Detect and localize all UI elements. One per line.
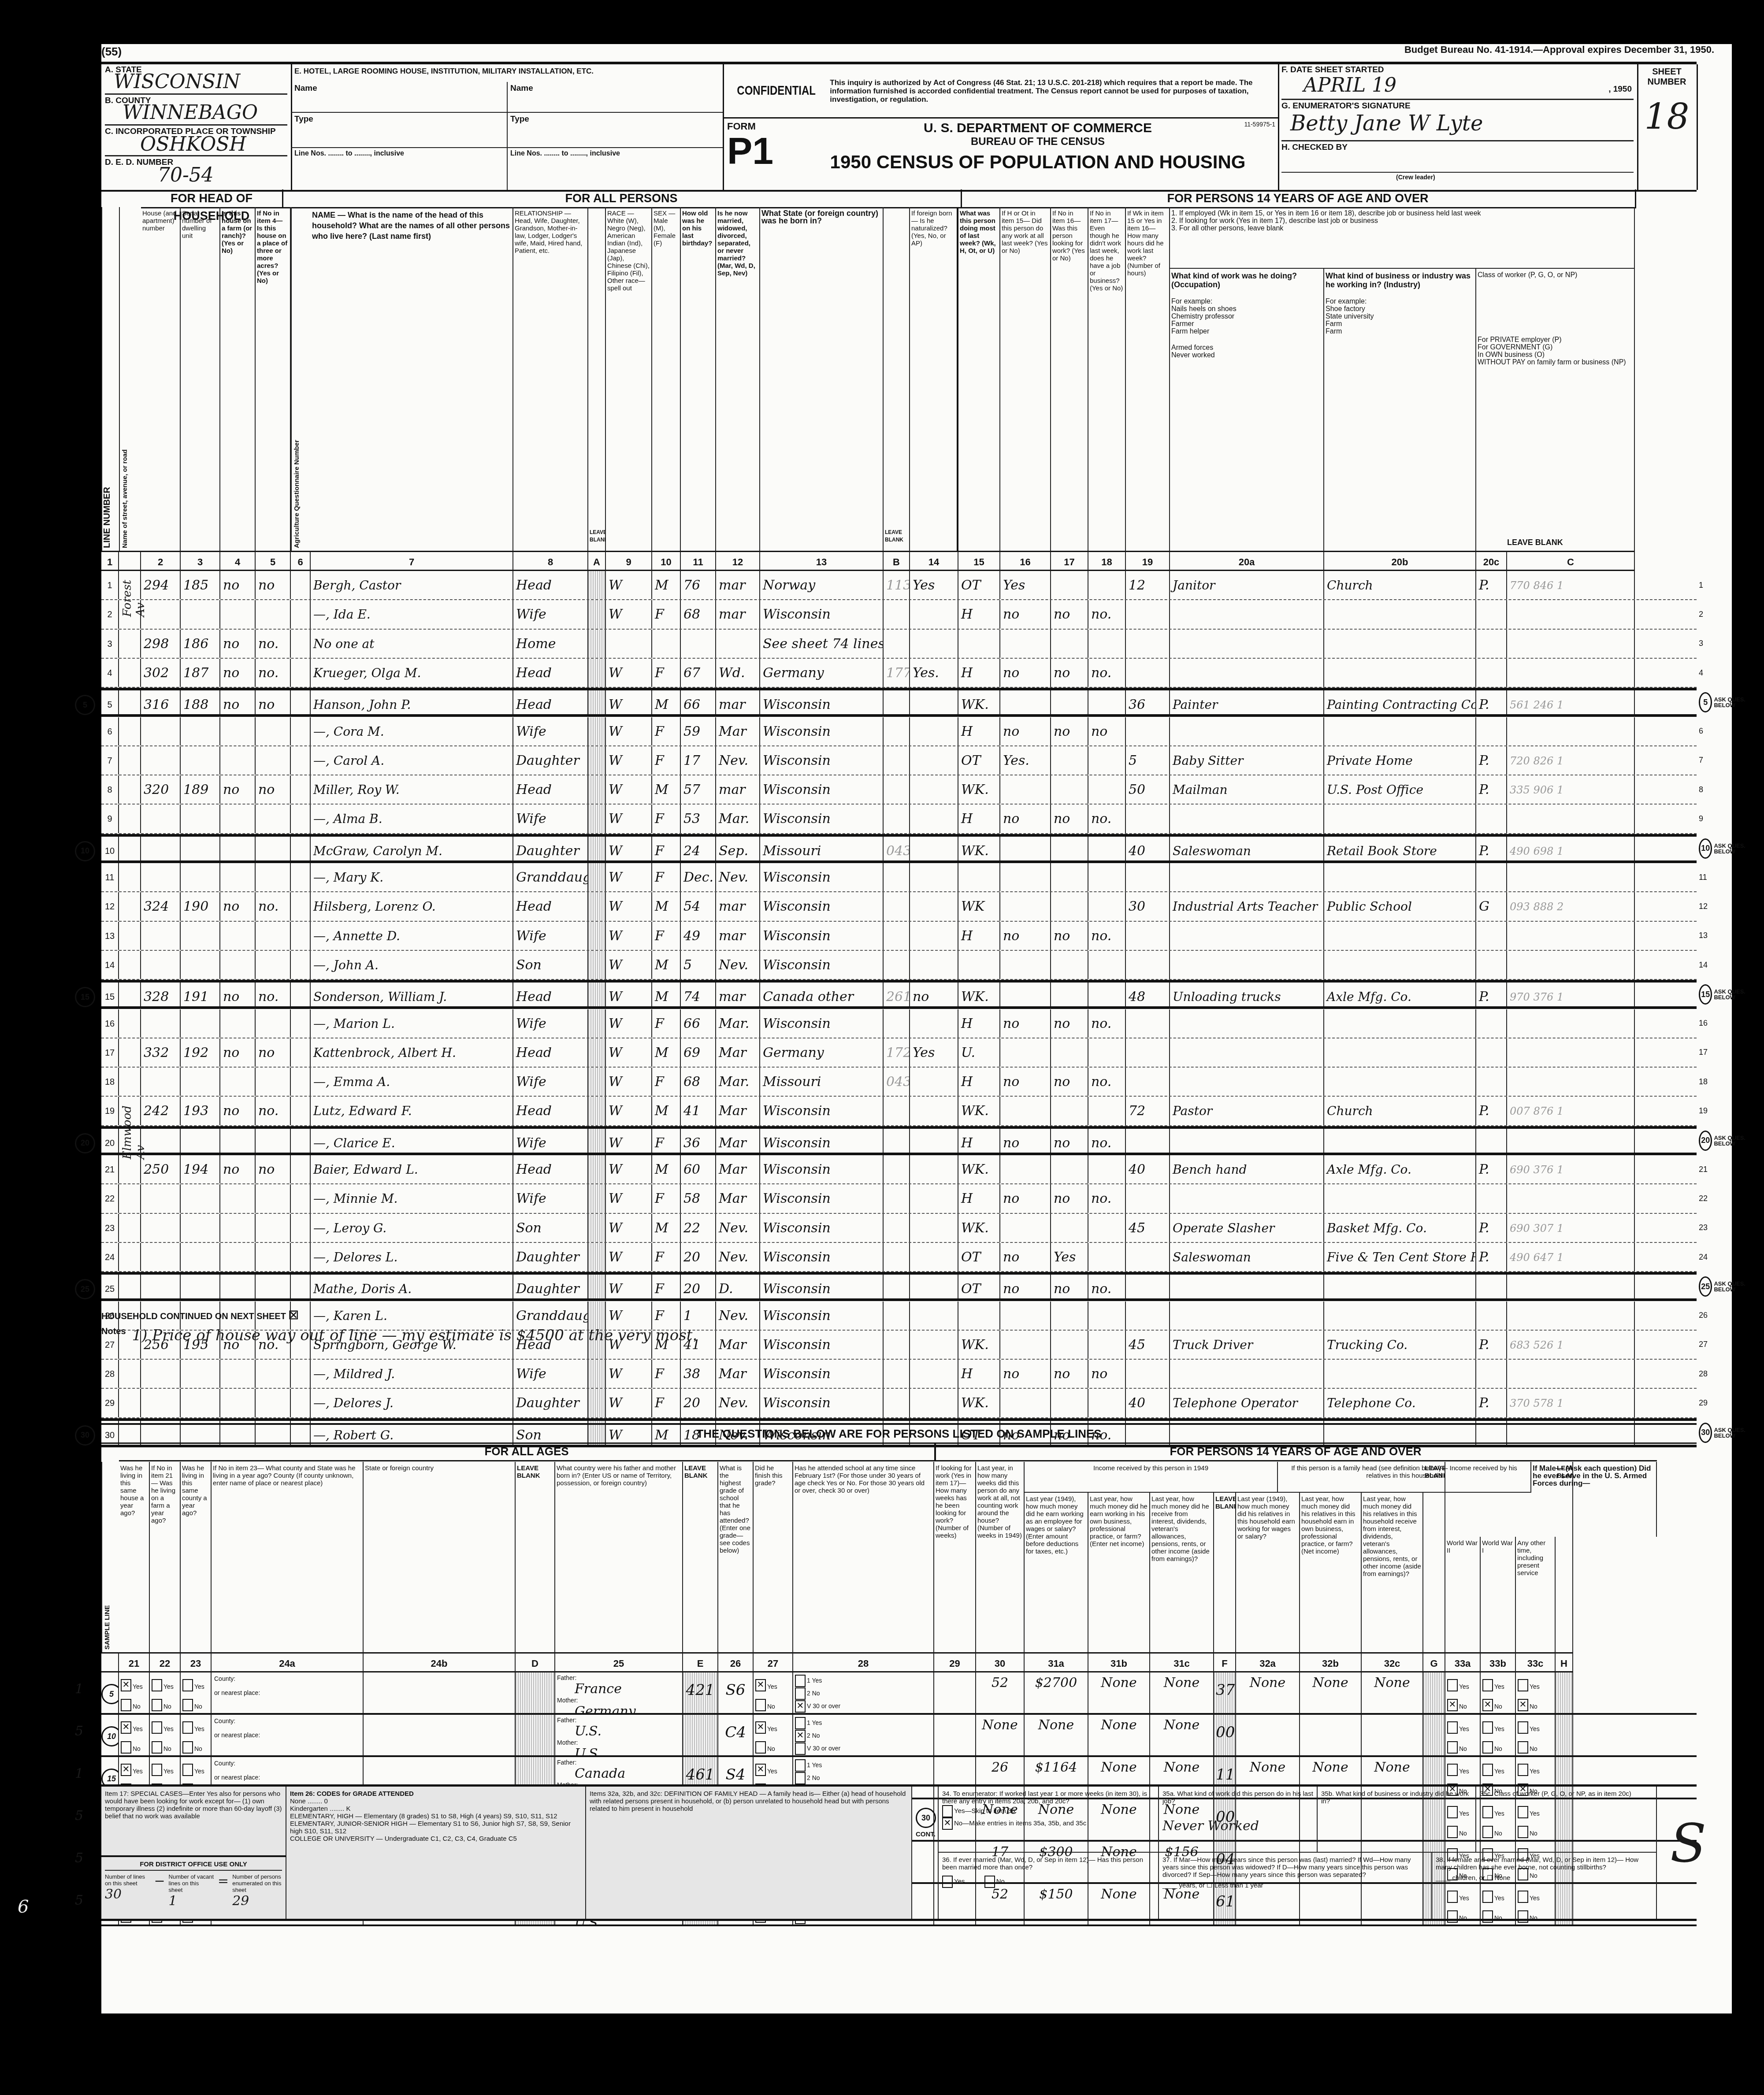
sample-cell-other: None [1150, 1715, 1214, 1755]
cell-aq [291, 1068, 311, 1096]
sample-cell-weeks_worked: 52 [976, 1672, 1025, 1713]
q23-no-checkbox[interactable] [182, 1741, 193, 1754]
cell-birth: Wisconsin [760, 1275, 884, 1298]
cell-age: 49 [681, 922, 716, 950]
sample-line-marker-left: 5 [75, 695, 95, 715]
sheet-header: a. STATE WISCONSIN b. COUNTY WINNEBAGO c… [101, 62, 1697, 192]
sample-cell-ww1: YesNo [1481, 1715, 1516, 1755]
cell-code [1507, 1129, 1635, 1153]
sample-cell-rel_own: None [1300, 1672, 1362, 1713]
cell-street [119, 690, 141, 714]
cell-nat [910, 1129, 958, 1153]
table-row: 24—, Delores L.DaughterWF20Nev.Wisconsin… [101, 1243, 1697, 1272]
q21-yes-checkbox[interactable]: ✕ [121, 1764, 131, 1776]
confidential-label: CONFIDENTIAL [737, 83, 816, 98]
cell-mar: mar [716, 922, 760, 950]
cell-acres: no [256, 1038, 291, 1067]
line-number: 14 [1699, 960, 1708, 970]
sample-cell-q22: YesNo [150, 1715, 181, 1755]
q22-no-checkbox[interactable] [152, 1699, 162, 1711]
ww1-yes-checkbox[interactable] [1482, 1764, 1493, 1776]
cell-name: Bergh, Castor [311, 571, 513, 599]
cell-nat: no [910, 983, 958, 1006]
cell-mar: Mar [716, 1155, 760, 1183]
ask-questions-label: ASK QUES. BELOW [1714, 989, 1747, 1000]
date-signature-box: f. DATE SHEET STARTED APRIL 19 , 1950 g.… [1278, 64, 1638, 190]
cell-name: Miller, Roy W. [311, 775, 513, 804]
cell-name: —, Clarice E. [311, 1129, 513, 1153]
cell-hours [1126, 1243, 1170, 1271]
school-yes-checkbox[interactable] [795, 1717, 806, 1729]
sample-cell-d [516, 1715, 555, 1755]
cell-nat [910, 1214, 958, 1242]
cell-rel: Head [513, 571, 588, 599]
cell-race: W [606, 746, 652, 775]
cell-sex: F [652, 600, 681, 628]
cell-q16 [1000, 1097, 1051, 1125]
line-number: 7 [1699, 756, 1703, 765]
ww2-no-checkbox[interactable] [1447, 1741, 1458, 1754]
cell-hours [1126, 1184, 1170, 1213]
cell-acres [256, 1243, 291, 1271]
cell-birth: Wisconsin [760, 1243, 884, 1271]
cell-act: WK [958, 892, 1000, 920]
cell-line: 7 [101, 746, 119, 775]
cell-q16: no [1000, 1275, 1051, 1298]
street-label-elmwood: Elmwood Av [121, 1105, 147, 1159]
q22-yes-checkbox[interactable] [152, 1679, 162, 1691]
finish-no-checkbox[interactable] [755, 1699, 766, 1711]
other_svc-yes-checkbox[interactable] [1518, 1764, 1528, 1776]
household-continued-checkbox[interactable]: ☒ [288, 1309, 298, 1322]
cell-serial [181, 922, 220, 950]
cell-q17 [1051, 951, 1088, 979]
cell-acres [256, 600, 291, 628]
line-number-right: 17 [1699, 1038, 1747, 1067]
cell-house [141, 951, 181, 979]
cell-nat: Yes [910, 571, 958, 599]
special-cases-note: Item 17: SPECIAL CASES—Enter Yes also fo… [101, 1787, 286, 1857]
cell-name: —, Cora M. [311, 717, 513, 745]
school-yes-checkbox[interactable] [795, 1675, 806, 1687]
q22-no-checkbox[interactable] [152, 1741, 162, 1754]
sample-questions: THE QUESTIONS BELOW ARE FOR PERSONS LIST… [101, 1423, 1697, 2013]
cell-street [119, 1155, 141, 1183]
cell-aq [291, 837, 311, 860]
cell-sex: M [652, 690, 681, 714]
q22-yes-checkbox[interactable] [152, 1721, 162, 1734]
cell-q18: no. [1088, 600, 1126, 628]
line-number-right: 25ASK QUES. BELOW [1699, 1275, 1747, 1298]
sample-col-num: 28 [793, 1652, 934, 1672]
ww1-no-checkbox[interactable]: ✕ [1482, 1699, 1493, 1711]
line-number-right: 28 [1699, 1360, 1747, 1388]
school-30-checkbox[interactable] [795, 1743, 806, 1755]
sample-col-num: 25 [555, 1652, 683, 1672]
cell-q18 [1088, 571, 1126, 599]
bureau: BUREAU OF THE CENSUS [802, 136, 1274, 148]
ask-questions-label: ASK QUES. BELOW [1714, 843, 1747, 854]
other_svc-yes-checkbox[interactable] [1518, 1721, 1528, 1734]
cell-occ [1170, 805, 1324, 833]
cell-aq [291, 1184, 311, 1213]
cell-occ: Saleswoman [1170, 837, 1324, 860]
cell-aq [291, 775, 311, 804]
col-head-10: SEX — Male (M), Female (F) [652, 207, 681, 551]
ww2-no-checkbox[interactable]: ✕ [1447, 1699, 1458, 1711]
sample-line-marker: 5 [1699, 692, 1712, 712]
cell-rel: Head [513, 892, 588, 920]
cell-a [588, 1038, 606, 1067]
notes-area: HOUSEHOLD CONTINUED ON NEXT SHEET ☒ Note… [101, 1309, 1697, 1410]
cell-sex: M [652, 951, 681, 979]
sample-col-head-E: LEAVE BLANK [683, 1462, 718, 1652]
cell-b [884, 922, 910, 950]
cell-farm [220, 951, 256, 979]
sample-col-num: 33c [1516, 1652, 1556, 1672]
cell-b [884, 746, 910, 775]
line-number-right: 29 [1699, 1389, 1747, 1417]
cell-serial: 191 [181, 983, 220, 1006]
cell-farm [220, 600, 256, 628]
line-number: 11 [1699, 873, 1707, 882]
cell-name: —, John A. [311, 951, 513, 979]
cell-ind [1324, 600, 1476, 628]
mother-birthplace: Germany [557, 1704, 680, 1713]
cell-age: 69 [681, 1038, 716, 1067]
sample-cell-finish: ✕YesNo [754, 1715, 793, 1755]
cell-serial [181, 600, 220, 628]
cell-street [119, 659, 141, 687]
cell-acres [256, 863, 291, 891]
cell-q16: no [1000, 717, 1051, 745]
cell-name: No one at [311, 630, 513, 658]
cell-line: 8 [101, 775, 119, 804]
cell-hours [1126, 1068, 1170, 1096]
sample-cell-blank [364, 1672, 516, 1713]
cell-acres [256, 951, 291, 979]
sample-cell-finish: ✕YesNo [754, 1672, 793, 1713]
ww2-yes-checkbox[interactable] [1447, 1721, 1458, 1734]
q21-no-checkbox[interactable] [121, 1741, 131, 1754]
cell-cls [1476, 1184, 1507, 1213]
q34-no-checkbox[interactable]: ✕ [942, 1817, 953, 1830]
q23-yes-checkbox[interactable] [182, 1679, 193, 1691]
cell-q17 [1051, 837, 1088, 860]
col-head-18: If No in item 17— Even though he didn't … [1088, 207, 1126, 551]
cell-age: 36 [681, 1129, 716, 1153]
cell-race: W [606, 1097, 652, 1125]
cell-q16 [1000, 892, 1051, 920]
cell-race: W [606, 1009, 652, 1038]
school-30-checkbox[interactable]: ✕ [795, 1700, 806, 1713]
cell-age: 74 [681, 983, 716, 1006]
ww2-yes-checkbox[interactable] [1447, 1764, 1458, 1776]
table-row: 18—, Emma A.WifeWF68Mar.Missouri043Hnono… [101, 1068, 1697, 1097]
cell-ind: Church [1324, 1097, 1476, 1125]
cell-serial: 188 [181, 690, 220, 714]
cell-q17: no [1051, 1275, 1088, 1298]
school-no-checkbox[interactable]: ✕ [795, 1730, 806, 1742]
cell-name: Krueger, Olga M. [311, 659, 513, 687]
cell-q17: no [1051, 1184, 1088, 1213]
cell-sex: M [652, 1214, 681, 1242]
school-no-checkbox[interactable] [795, 1687, 806, 1700]
section-over-14: FOR PERSONS 14 YEARS OF AGE AND OVER [961, 189, 1636, 208]
cell-serial [181, 1129, 220, 1153]
cell-street [119, 775, 141, 804]
line-number-right: 10ASK QUES. BELOW [1699, 837, 1747, 860]
cell-q17 [1051, 1214, 1088, 1242]
sample-cell-blank: 5 [101, 1672, 119, 1713]
sample-cell-other: None [1150, 1672, 1214, 1713]
cell-rel: Wife [513, 600, 588, 628]
table-row: 1294185nonoBergh, CastorHeadWM76marNorwa… [101, 571, 1697, 600]
q34: 34. To enumerator: If worked last year 1… [939, 1787, 1159, 1853]
cell-farm: no [220, 630, 256, 658]
title-box: CONFIDENTIAL This inquiry is authorized … [723, 64, 1279, 190]
cell-age: 17 [681, 746, 716, 775]
col-head-1: LINE NUMBER [101, 207, 119, 551]
line-number-right: 12 [1699, 892, 1747, 920]
line-number: 24 [1699, 1253, 1708, 1262]
cell-q16: no [1000, 1129, 1051, 1153]
sample-col-head-32b: Last year, how much money did his relati… [1300, 1493, 1362, 1652]
cell-occ [1170, 630, 1324, 658]
sample-cell-q22: YesNo [150, 1672, 181, 1713]
sample-cell-weeks_worked: None [976, 1715, 1025, 1755]
cell-acres: no. [256, 659, 291, 687]
cell-nat [910, 746, 958, 775]
q36-yes-checkbox[interactable] [942, 1876, 953, 1888]
line-number-right: 26 [1699, 1301, 1747, 1330]
cell-race: W [606, 600, 652, 628]
cell-house: 298 [141, 630, 181, 658]
cell-name: Kattenbrock, Albert H. [311, 1038, 513, 1067]
sample-margin-mark: 5 [75, 1808, 83, 1824]
cell-code [1507, 1275, 1635, 1298]
cell-acres [256, 805, 291, 833]
cell-occ: Saleswoman [1170, 1243, 1324, 1271]
other_svc-no-checkbox[interactable]: ✕ [1518, 1699, 1528, 1711]
cell-mar: Nev. [716, 1243, 760, 1271]
cell-q18: no. [1088, 1129, 1126, 1153]
ww2-yes-checkbox[interactable] [1447, 1679, 1458, 1691]
cell-aq [291, 1275, 311, 1298]
cell-acres: no [256, 690, 291, 714]
cell-farm: no [220, 983, 256, 1006]
finish-yes-checkbox[interactable]: ✕ [755, 1764, 766, 1776]
cell-q16 [1000, 837, 1051, 860]
cell-hours: 40 [1126, 1155, 1170, 1183]
cell-age: 59 [681, 717, 716, 745]
cell-street [119, 1038, 141, 1067]
cell-age: 67 [681, 659, 716, 687]
cell-rel: Home [513, 630, 588, 658]
cell-rel: Granddaughter [513, 863, 588, 891]
cell-rel: Wife [513, 805, 588, 833]
cell-house [141, 863, 181, 891]
cell-ind [1324, 659, 1476, 687]
cell-farm [220, 1129, 256, 1153]
other_svc-yes-checkbox[interactable] [1518, 1679, 1528, 1691]
cell-sex: F [652, 1275, 681, 1298]
cell-serial [181, 746, 220, 775]
cell-mar [716, 630, 760, 658]
q36-no-checkbox[interactable] [984, 1876, 995, 1888]
cell-ind [1324, 922, 1476, 950]
line-number-right: 1 [1699, 571, 1747, 599]
cell-age [681, 630, 716, 658]
school-yes-checkbox[interactable] [795, 1759, 806, 1772]
line-number-right: 22 [1699, 1184, 1747, 1213]
sample-cell-wages: None [1025, 1715, 1088, 1755]
cell-sex: M [652, 1038, 681, 1067]
cell-race: W [606, 659, 652, 687]
q22-yes-checkbox[interactable] [152, 1764, 162, 1776]
cell-age: 68 [681, 600, 716, 628]
cell-race: W [606, 805, 652, 833]
other_svc-no-checkbox[interactable] [1518, 1741, 1528, 1754]
confidential-text: This inquiry is authorized by Act of Con… [830, 78, 1274, 104]
cell-acres [256, 717, 291, 745]
cell-occ: Industrial Arts Teacher [1170, 892, 1324, 920]
cell-hours [1126, 1129, 1170, 1153]
sample-row: 10✕YesNoYesNoYesNoCounty:or nearest plac… [101, 1715, 1697, 1757]
cell-line: 21 [101, 1155, 119, 1183]
cell-line: 22 [101, 1184, 119, 1213]
q23-yes-checkbox[interactable] [182, 1721, 193, 1734]
q21-no-checkbox[interactable] [121, 1699, 131, 1711]
sample-line-marker: 20 [1699, 1131, 1712, 1151]
cell-farm: no [220, 690, 256, 714]
line-number-right: 2 [1699, 600, 1747, 628]
cell-act [958, 951, 1000, 979]
line-number-right: 7 [1699, 746, 1747, 775]
cell-race: W [606, 863, 652, 891]
q21-yes-checkbox[interactable]: ✕ [121, 1721, 131, 1734]
cell-q17: no [1051, 600, 1088, 628]
cell-farm [220, 837, 256, 860]
table-row: 22—, Minnie M.WifeWF58MarWisconsinHnonon… [101, 1184, 1697, 1213]
finish-yes-checkbox[interactable]: ✕ [755, 1721, 766, 1734]
budget-note: Budget Bureau No. 41-1914.—Approval expi… [1404, 44, 1714, 56]
cell-race: W [606, 1038, 652, 1067]
cell-q16: Yes. [1000, 746, 1051, 775]
school-no-checkbox[interactable] [795, 1772, 806, 1784]
q21-yes-checkbox[interactable]: ✕ [121, 1679, 131, 1691]
cell-act: WK. [958, 1155, 1000, 1183]
sample-col-head-H: LEAVE BLANK [1556, 1462, 1573, 1652]
cell-hours: 5 [1126, 746, 1170, 775]
cell-act: WK. [958, 1214, 1000, 1242]
cell-code: 093 888 2 [1507, 892, 1635, 920]
cell-farm: no [220, 775, 256, 804]
father-birthplace: France [557, 1681, 680, 1697]
cell-street [119, 951, 141, 979]
cell-name: —, Emma A. [311, 1068, 513, 1096]
cell-house [141, 805, 181, 833]
cell-farm [220, 746, 256, 775]
sample-cell-ww1: Yes✕No [1481, 1672, 1516, 1713]
sample-line-marker-left: 25 [75, 1279, 95, 1299]
cell-rel: Head [513, 775, 588, 804]
cell-birth: Wisconsin [760, 1009, 884, 1038]
q34-yes-checkbox[interactable] [942, 1805, 953, 1817]
cell-sex: M [652, 1155, 681, 1183]
cell-act: H [958, 1068, 1000, 1096]
cell-a [588, 746, 606, 775]
cell-code: 720 826 1 [1507, 746, 1635, 775]
sample-cell-blank: 10 [101, 1715, 119, 1755]
cell-occ: Unloading trucks [1170, 983, 1324, 1006]
line-number: 4 [1699, 668, 1703, 678]
cell-act: U. [958, 1038, 1000, 1067]
cell-serial: 185 [181, 571, 220, 599]
col-head-12: Is he now married, widowed, divorced, se… [716, 207, 760, 551]
sample-col-num: 32c [1362, 1652, 1423, 1672]
sample-cell-blank [1423, 1672, 1445, 1713]
cell-b [884, 1184, 910, 1213]
ask-questions-label: ASK QUES. BELOW [1714, 697, 1747, 708]
cell-code: 690 307 1 [1507, 1214, 1635, 1242]
ww1-yes-checkbox[interactable] [1482, 1679, 1493, 1691]
ww1-yes-checkbox[interactable] [1482, 1721, 1493, 1734]
cell-line: 6 [101, 717, 119, 745]
cell-q17 [1051, 571, 1088, 599]
cell-act: OT [958, 1275, 1000, 1298]
cell-q18: no. [1088, 659, 1126, 687]
cell-q18 [1088, 1097, 1126, 1125]
cell-cls: P. [1476, 983, 1507, 1006]
line-number: 21 [1699, 1165, 1708, 1174]
cell-serial [181, 1214, 220, 1242]
cell-rel: Wife [513, 717, 588, 745]
cell-nat [910, 1155, 958, 1183]
cell-a [588, 630, 606, 658]
cell-ind: Basket Mfg. Co. [1324, 1214, 1476, 1242]
col-head-15: What was this person doing most of last … [958, 207, 1000, 551]
cell-sex: F [652, 837, 681, 860]
sheet-number-box: SHEET NUMBER 18 [1637, 64, 1698, 190]
cell-birth: Wisconsin [760, 717, 884, 745]
cell-race: W [606, 837, 652, 860]
q37: 37. If Mar—How many years since this per… [1159, 1853, 1432, 1919]
cell-code [1507, 863, 1635, 891]
cell-b [884, 951, 910, 979]
cell-a [588, 717, 606, 745]
sample-margin-mark: 1 [75, 1681, 83, 1697]
cell-name: —, Minnie M. [311, 1184, 513, 1213]
q23-yes-checkbox[interactable] [182, 1764, 193, 1776]
cell-b: 043 [884, 837, 910, 860]
ww1-no-checkbox[interactable] [1482, 1741, 1493, 1754]
cell-farm [220, 1275, 256, 1298]
cell-mar: Nev. [716, 951, 760, 979]
cell-age: 41 [681, 1097, 716, 1125]
cell-mar: Mar. [716, 1068, 760, 1096]
cell-b [884, 1243, 910, 1271]
cell-serial [181, 717, 220, 745]
cell-age: 5 [681, 951, 716, 979]
cell-q18: no [1088, 717, 1126, 745]
cell-age: 24 [681, 837, 716, 860]
finish-yes-checkbox[interactable]: ✕ [755, 1679, 766, 1691]
q23-no-checkbox[interactable] [182, 1699, 193, 1711]
col-head-A: LEAVE BLANK [588, 207, 606, 551]
sample-cell-rel_other [1362, 1715, 1423, 1755]
finish-no-checkbox[interactable] [755, 1741, 766, 1754]
